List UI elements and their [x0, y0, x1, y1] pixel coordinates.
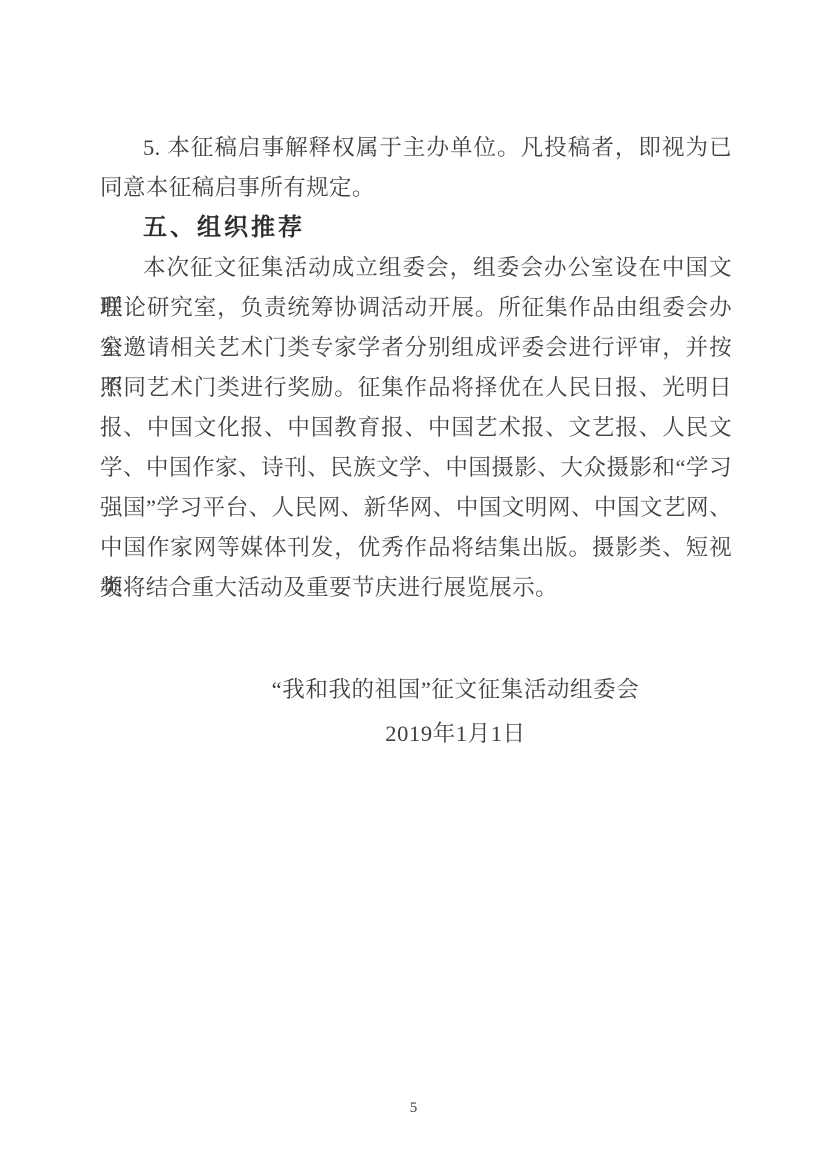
paragraph2-line-2: 理论研究室，负责统筹协调活动开展。所征集作品由组委会办公 [100, 288, 732, 328]
paragraph2-line-9: 类将结合重大活动及重要节庆进行展览展示。 [100, 568, 732, 608]
document-page: 5. 本征稿启事解释权属于主办单位。凡投稿者，即视为已 同意本征稿启事所有规定。… [0, 0, 827, 1169]
paragraph1-line-1: 5. 本征稿启事解释权属于主办单位。凡投稿者，即视为已 [100, 128, 732, 168]
paragraph2-line-7: 强国”学习平台、人民网、新华网、中国文明网、中国文艺网、 [100, 488, 732, 528]
paragraph2-line-8: 中国作家网等媒体刊发，优秀作品将结集出版。摄影类、短视频 [100, 528, 732, 568]
section-heading: 五、组织推荐 [100, 208, 732, 248]
paragraph2-line-3: 室邀请相关艺术门类专家学者分别组成评委会进行评审，并按照 [100, 328, 732, 368]
signature-date: 2019年1月1日 [84, 712, 827, 756]
paragraph1-line-2: 同意本征稿启事所有规定。 [100, 168, 732, 208]
document-body: 5. 本征稿启事解释权属于主办单位。凡投稿者，即视为已 同意本征稿启事所有规定。… [100, 128, 732, 608]
signature-organization: “我和我的祖国”征文征集活动组委会 [84, 668, 827, 712]
page-number: 5 [0, 1096, 827, 1120]
paragraph2-line-4: 不同艺术门类进行奖励。征集作品将择优在人民日报、光明日 [100, 368, 732, 408]
paragraph2-line-5: 报、中国文化报、中国教育报、中国艺术报、文艺报、人民文 [100, 408, 732, 448]
paragraph2-line-1: 本次征文征集活动成立组委会，组委会办公室设在中国文联 [100, 248, 732, 288]
paragraph2-line-6: 学、中国作家、诗刊、民族文学、中国摄影、大众摄影和“学习 [100, 448, 732, 488]
